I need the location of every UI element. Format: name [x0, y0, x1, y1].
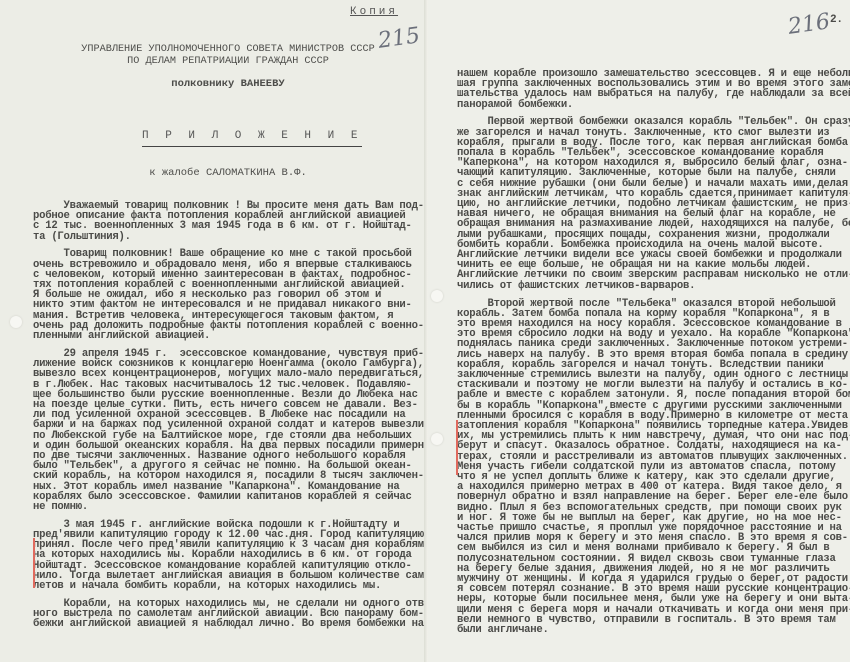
- copy-stamp: Копия: [350, 6, 398, 18]
- document-page-right: 216 2. нашем корабле произошло замешател…: [428, 0, 850, 662]
- text-line: не помню.: [33, 501, 88, 513]
- text-line: пленными английской авиацией.: [33, 330, 210, 342]
- red-margin-mark: [33, 538, 35, 588]
- handwritten-folio-number: 216: [786, 9, 831, 40]
- text-line: та (Гольштиния).: [33, 231, 131, 243]
- red-margin-mark: [456, 420, 458, 475]
- text-line: летов и начала бомбить корабли, на котор…: [33, 580, 381, 592]
- text-line: панорамой бомбежки.: [457, 99, 573, 111]
- page-number: 2.: [830, 14, 843, 26]
- punch-hole: [431, 290, 443, 302]
- subtitle: к жалобе САЛОМАТКИНА В.Ф.: [68, 167, 388, 179]
- punch-hole: [431, 433, 443, 445]
- header-line-1: УПРАВЛЕНИЕ УПОЛНОМОЧЕННОГО СОВЕТА МИНИСТ…: [68, 44, 388, 56]
- appendix-title: П Р И Л О Ж Е Н И Е: [142, 130, 362, 147]
- punch-hole: [10, 316, 22, 328]
- text-line: кораблях было эсессовское. Фамилии капит…: [33, 491, 412, 503]
- text-line: были англичане.: [457, 624, 549, 636]
- header-line-2: ПО ДЕЛАМ РЕПАТРИАЦИИ ГРАЖДАН СССР: [68, 56, 388, 68]
- text-line: чились от фашистских летчиков-варваров.: [457, 280, 695, 292]
- addressee: полковнику ВАНЕЕВУ: [68, 78, 388, 90]
- document-page-left: Копия 215 УПРАВЛЕНИЕ УПОЛНОМОЧЕННОГО СОВ…: [0, 0, 424, 662]
- text-line: бежки английской авиацией я наблюдал лич…: [33, 618, 424, 630]
